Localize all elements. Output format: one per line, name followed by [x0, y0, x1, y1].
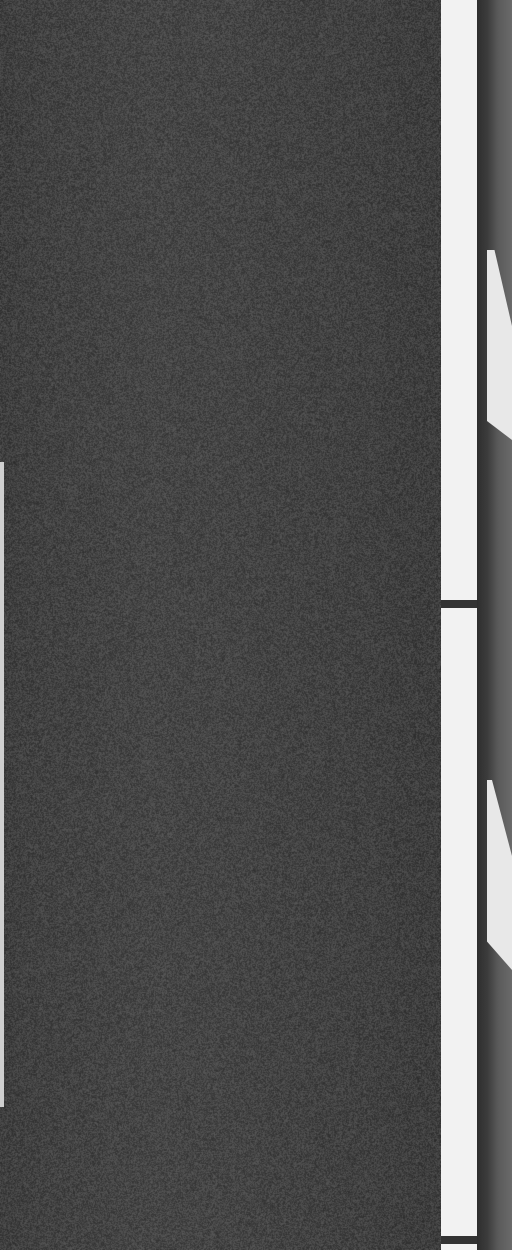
- asphalt-texture: [0, 0, 512, 1250]
- edge-line-crack: [441, 1236, 477, 1244]
- edge-line-crack: [441, 600, 477, 608]
- right-edge-line: [441, 0, 477, 1250]
- left-lane-marking: [0, 462, 4, 1107]
- road-shoulder: [477, 0, 512, 1250]
- road-surface-image: [0, 0, 512, 1250]
